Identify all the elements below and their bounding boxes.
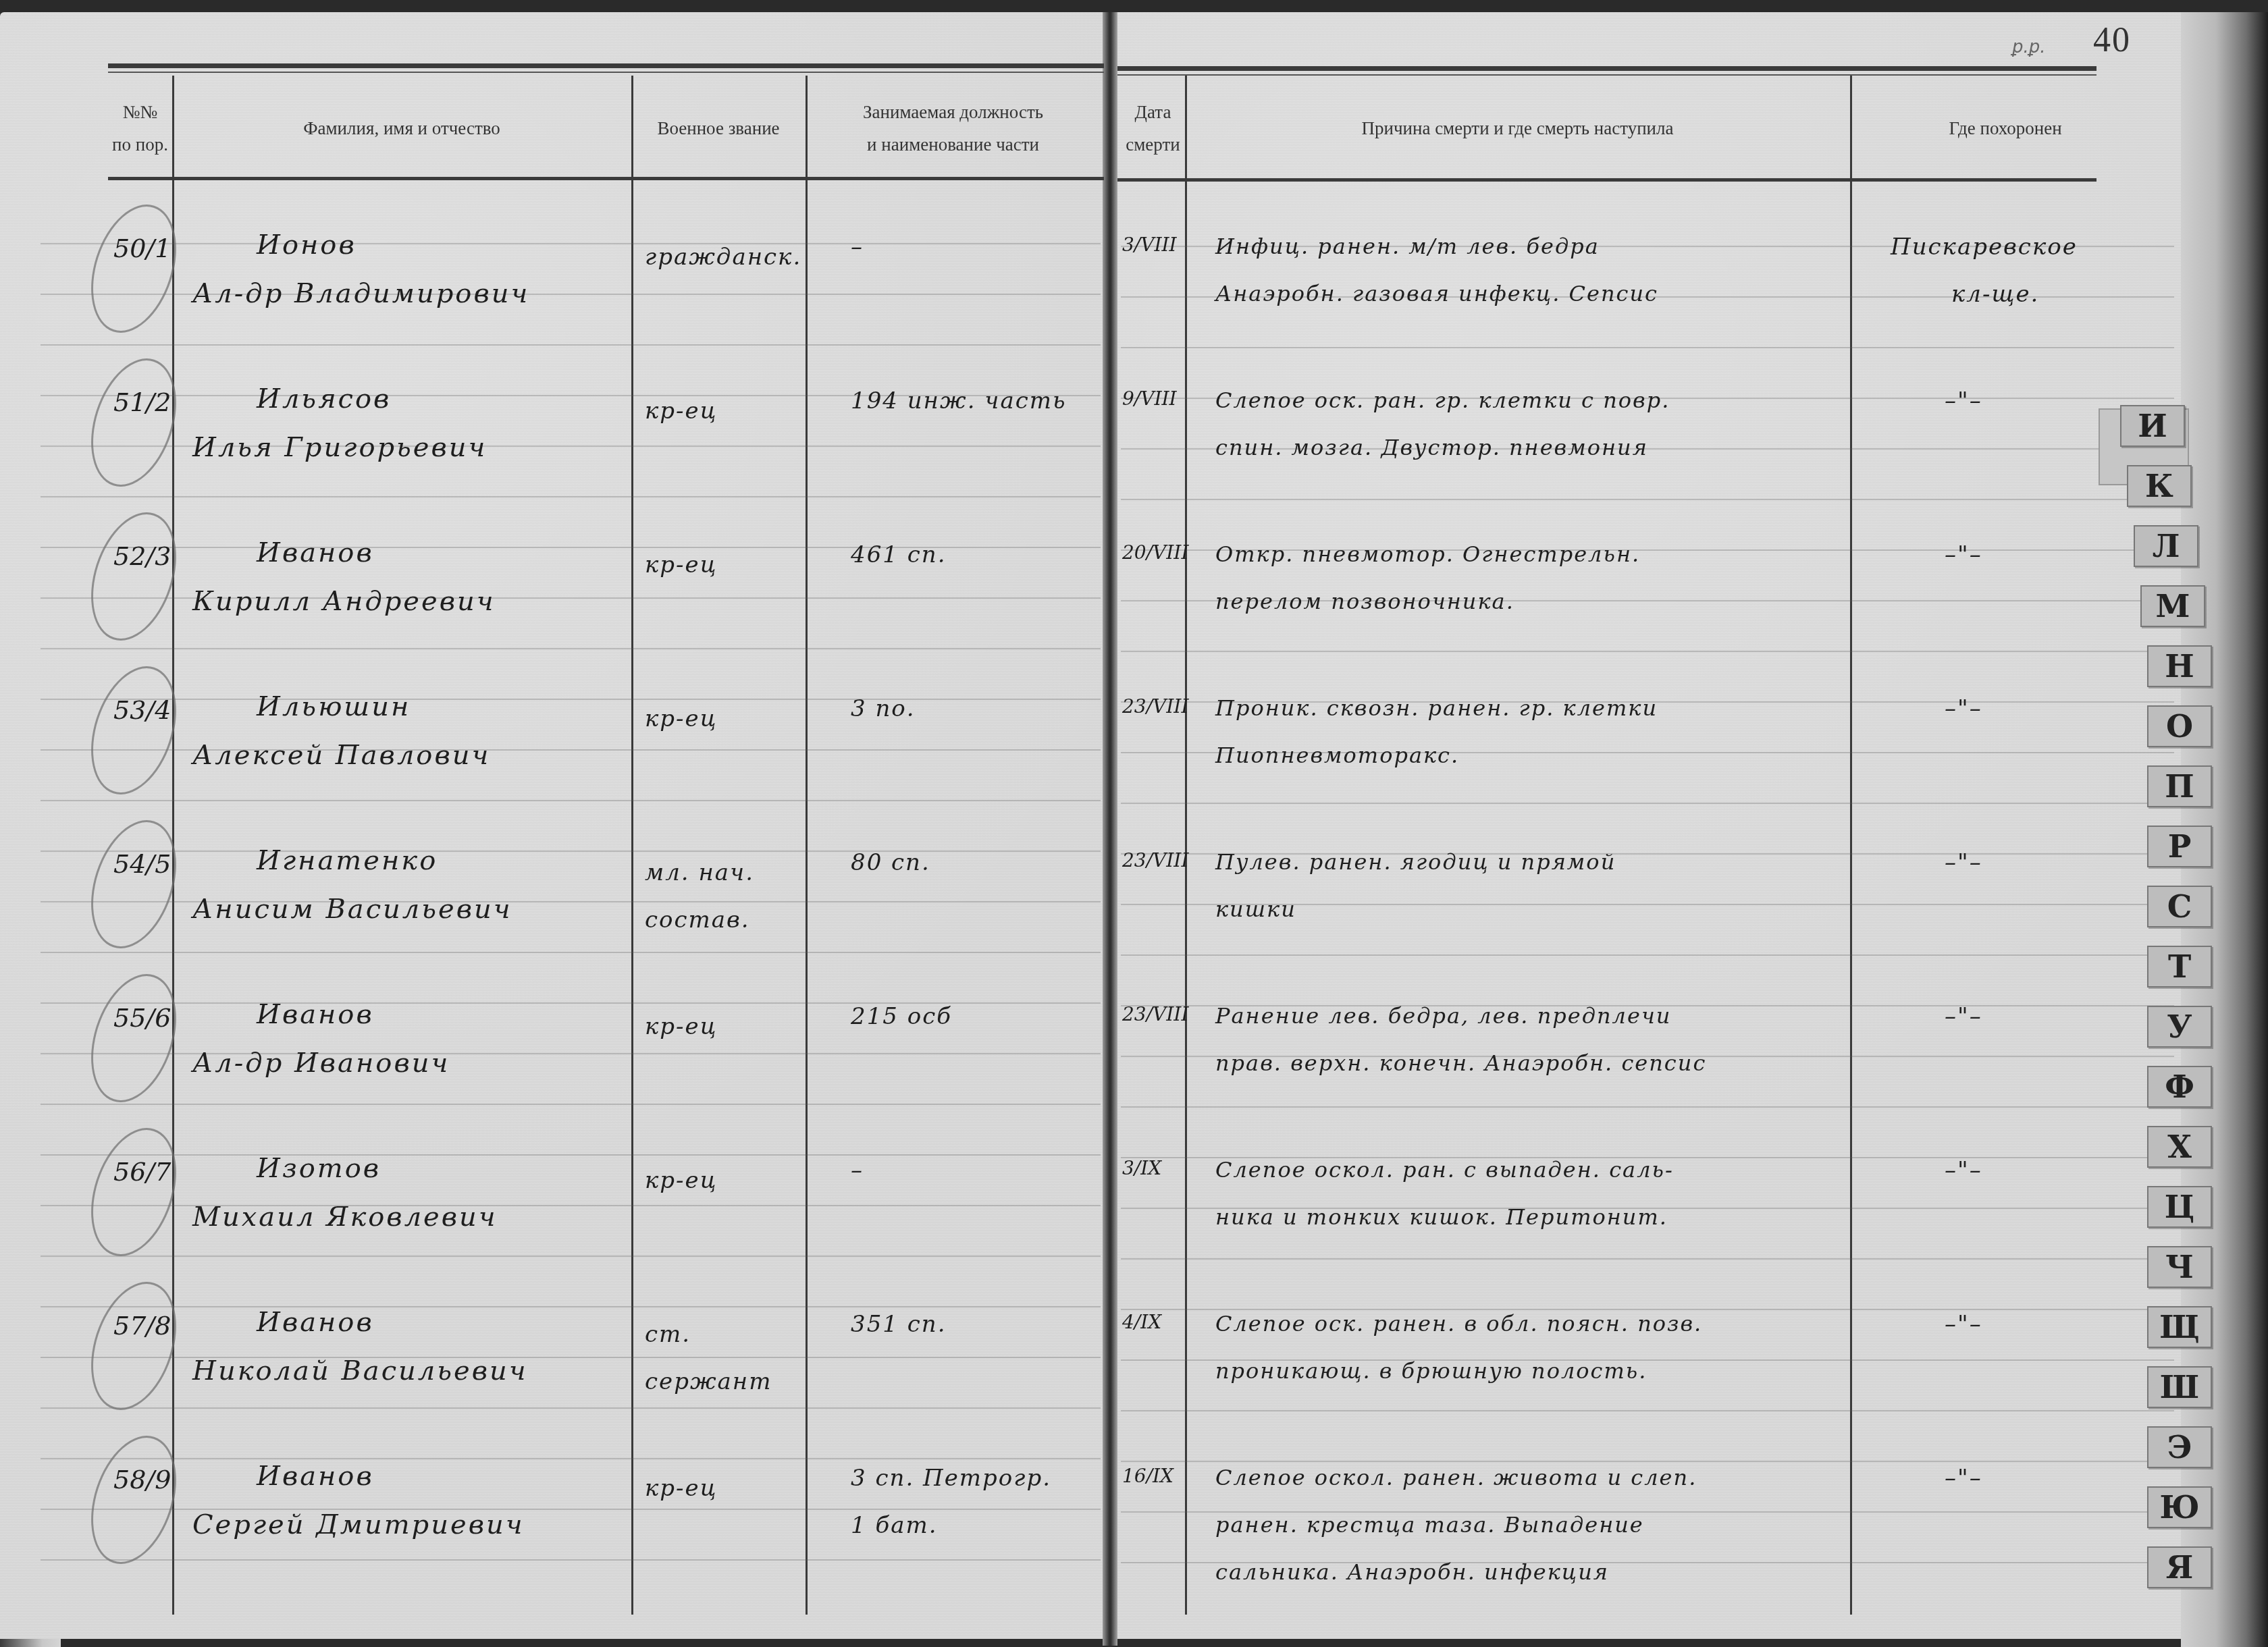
date-of-death: 20/VIII [1122, 541, 1188, 564]
surname: Иванов [257, 1307, 374, 1338]
unit: 351 сп. [851, 1311, 946, 1338]
alphabet-tab-10[interactable]: Т [2147, 946, 2212, 988]
military-rank: кр-ец [645, 1157, 800, 1204]
row-number: 50/1 [113, 234, 171, 263]
surname: Иванов [257, 537, 374, 568]
top-rule-left [108, 63, 1104, 68]
column-header-date: Датасмерти [1121, 81, 1185, 175]
cause-of-death: прав. верхн. конечн. Анаэробн. сепсис [1215, 1050, 1706, 1076]
alphabet-tab-17[interactable]: Ш [2147, 1366, 2212, 1408]
military-rank: кр-ец [645, 541, 800, 589]
burial-place: кл-ще. [1951, 281, 2039, 308]
column-header-label: Дата [1135, 96, 1171, 128]
military-rank: кр-ец [645, 695, 800, 742]
ruled-line [41, 496, 1101, 497]
alphabet-tab-3[interactable]: Л [2134, 525, 2198, 567]
burial-place: –"– [1945, 1465, 1982, 1492]
ruled-line [41, 1306, 1101, 1307]
ruled-line [41, 344, 1101, 346]
ruled-line [41, 800, 1101, 801]
date-of-death: 23/VIII [1122, 1003, 1188, 1025]
surname: Игнатенко [257, 845, 438, 876]
given-names: Кирилл Андреевич [192, 586, 496, 617]
unit: 194 инж. часть [851, 387, 1066, 414]
surname: Иванов [257, 999, 374, 1030]
column-header-label: Фамилия, имя и отчество [303, 112, 500, 144]
column-divider [631, 76, 633, 1615]
given-names: Михаил Яковлевич [192, 1201, 498, 1233]
row-number: 51/2 [113, 387, 171, 417]
top-rule-left-thin [108, 72, 1104, 73]
cause-of-death: Проник. сквозн. ранен. гр. клетки [1215, 695, 1658, 721]
date-of-death: 4/IX [1122, 1311, 1161, 1333]
given-names: Илья Григорьевич [192, 432, 487, 463]
ruled-line [41, 1458, 1101, 1459]
alphabet-tab-14[interactable]: Ц [2147, 1186, 2212, 1228]
column-divider [1850, 76, 1852, 1615]
military-rank: кр-ец [645, 387, 800, 435]
alphabet-tab-2[interactable]: К [2127, 465, 2192, 507]
alphabet-tab-15[interactable]: Ч [2147, 1246, 2212, 1288]
alphabet-tab-1[interactable]: И [2120, 405, 2185, 447]
column-header-label: Военное звание [657, 112, 779, 144]
row-number: 57/8 [113, 1311, 171, 1341]
ruled-line [1121, 651, 2174, 652]
cause-of-death: перелом позвоночника. [1215, 589, 1514, 614]
alphabet-tab-9[interactable]: С [2147, 886, 2212, 927]
burial-place: –"– [1945, 695, 1982, 722]
row-number: 55/6 [113, 1003, 171, 1033]
date-of-death: 23/VIII [1122, 695, 1188, 718]
page-number: 40 [2093, 20, 2131, 60]
ruled-line [1121, 1106, 2174, 1108]
cause-of-death: Слепое оск. ран. гр. клетки с повр. [1215, 387, 1670, 413]
cause-of-death: Пиопневмоторакс. [1215, 742, 1459, 768]
military-rank: гражданск. [645, 234, 800, 281]
cause-of-death: Инфиц. ранен. м/т лев. бедра [1215, 234, 1600, 259]
ruled-line [1121, 803, 2174, 804]
date-of-death: 3/IX [1122, 1157, 1161, 1179]
date-of-death: 3/VIII [1122, 234, 1177, 256]
column-header-name: Фамилия, имя и отчество [172, 81, 631, 175]
alphabet-tab-11[interactable]: У [2147, 1006, 2212, 1048]
date-of-death: 16/IX [1122, 1465, 1173, 1487]
unit: – [851, 1157, 864, 1184]
ruled-line [41, 243, 1101, 244]
column-header-label: Занимаемая должность [863, 96, 1043, 128]
cause-of-death: Ранение лев. бедра, лев. предплечи [1215, 1003, 1671, 1029]
unit: 3 сп. Петрогр. [851, 1465, 1051, 1492]
given-names: Ал-др Владимирович [192, 278, 529, 309]
burial-place: –"– [1945, 387, 1982, 414]
burial-place: Пискаревское [1891, 234, 2078, 261]
header-rule-left [108, 177, 1104, 180]
column-divider [1185, 76, 1187, 1615]
burial-place: –"– [1945, 1157, 1982, 1184]
ruled-line [1121, 1258, 2174, 1260]
cause-of-death: Анаэробн. газовая инфекц. Сепсис [1215, 281, 1658, 306]
unit: 80 сп. [851, 849, 930, 876]
column-header-rank: Военное звание [631, 81, 806, 175]
given-names: Анисим Васильевич [192, 894, 512, 925]
surname: Ильюшин [257, 691, 411, 722]
cause-of-death: ранен. крестца таза. Выпадение [1215, 1512, 1644, 1538]
ruled-line [41, 1154, 1101, 1156]
cause-of-death: Слепое оск. ранен. в обл. поясн. позв. [1215, 1311, 1702, 1336]
surname: Ильясов [257, 383, 391, 414]
cause-of-death: спин. мозга. Двустор. пневмония [1215, 435, 1648, 460]
cause-of-death: Слепое оскол. ранен. живота и слеп. [1215, 1465, 1697, 1490]
column-header-unit: Занимаемая должностьи наименование части [806, 81, 1101, 175]
ruled-line [41, 850, 1101, 852]
cause-of-death: кишки [1215, 896, 1296, 922]
given-names: Ал-др Иванович [192, 1048, 450, 1079]
ruled-line [1121, 1309, 2174, 1310]
military-rank: кр-ец [645, 1465, 800, 1512]
given-names: Николай Васильевич [192, 1355, 528, 1386]
cause-of-death: Откр. пневмотор. Огнестрельн. [1215, 541, 1640, 567]
unit: 3 по. [851, 695, 916, 722]
ruled-line [41, 1407, 1101, 1409]
alphabet-tab-20[interactable]: Я [2147, 1546, 2212, 1588]
column-header-label: Причина смерти и где смерть наступила [1361, 112, 1673, 144]
unit: 215 осб [851, 1003, 952, 1030]
ruled-line [41, 1104, 1101, 1105]
given-names: Алексей Павлович [192, 740, 490, 771]
alphabet-tab-5[interactable]: Н [2147, 645, 2212, 687]
surname: Иванов [257, 1461, 374, 1492]
alphabet-tab-19[interactable]: Ю [2147, 1486, 2212, 1528]
column-divider [806, 76, 808, 1615]
military-rank: мл. нач. состав. [645, 849, 800, 944]
date-of-death: 23/VIII [1122, 849, 1188, 871]
military-rank: ст. сержант [645, 1311, 800, 1405]
alphabet-tab-18[interactable]: Э [2147, 1426, 2212, 1468]
header-rule-right [1117, 178, 2096, 182]
surname: Ионов [257, 230, 357, 261]
alphabet-tab-13[interactable]: Х [2147, 1126, 2212, 1168]
column-header-label: смерти [1126, 128, 1180, 161]
unit: 461 сп. [851, 541, 946, 568]
cause-of-death: проникающ. в брюшную полость. [1215, 1358, 1647, 1384]
top-rule-right-thin [1117, 74, 2096, 76]
page-mark: ꝑ.ꝑ. [2012, 37, 2046, 57]
column-header-label: по пор. [112, 128, 168, 161]
cause-of-death: Слепое оскол. ран. с выпаден. саль- [1215, 1157, 1674, 1183]
unit: – [851, 234, 864, 261]
ruled-line [1121, 499, 2174, 500]
burial-place: –"– [1945, 1311, 1982, 1338]
ruled-line [41, 1559, 1101, 1561]
column-header-label: №№ [123, 96, 158, 128]
ruled-line [41, 699, 1101, 700]
ruled-line [41, 952, 1101, 953]
ruled-line [41, 1255, 1101, 1257]
given-names: Сергей Дмитриевич [192, 1509, 525, 1540]
ruled-line [1121, 347, 2174, 348]
top-rule-right [1117, 66, 2096, 71]
cause-of-death: ника и тонких кишок. Перитонит. [1215, 1204, 1668, 1230]
column-header-label: Где похоронен [1949, 112, 2061, 144]
book-gutter [1103, 12, 1117, 1646]
burial-place: –"– [1945, 541, 1982, 568]
row-number: 58/9 [113, 1465, 171, 1494]
alphabet-tab-4[interactable]: М [2140, 585, 2205, 627]
column-header-label: и наименование части [867, 128, 1039, 161]
burial-place: –"– [1945, 849, 1982, 876]
ruled-line [1121, 1410, 2174, 1411]
column-header-burial: Где похоронен [1850, 81, 2161, 175]
surname: Изотов [257, 1153, 381, 1184]
row-number: 54/5 [113, 849, 171, 879]
alphabet-tab-6[interactable]: О [2147, 705, 2212, 747]
date-of-death: 9/VIII [1122, 387, 1177, 410]
alphabet-tab-7[interactable]: П [2147, 765, 2212, 807]
alphabet-tab-16[interactable]: Щ [2147, 1306, 2212, 1348]
cause-of-death: сальника. Анаэробн. инфекция [1215, 1559, 1609, 1585]
ruled-line [41, 648, 1101, 649]
column-header-num: №№по пор. [108, 81, 172, 175]
ledger-spread: ꝑ.ꝑ. 40 №№по пор.Фамилия, имя и отчество… [0, 0, 2268, 1647]
ruled-line [1121, 954, 2174, 956]
unit: 1 бат. [851, 1512, 938, 1539]
column-header-cause: Причина смерти и где смерть наступила [1185, 81, 1850, 175]
ruled-line [1121, 1461, 2174, 1462]
row-number: 52/3 [113, 541, 171, 571]
alphabet-tab-12[interactable]: Ф [2147, 1066, 2212, 1108]
military-rank: кр-ец [645, 1003, 800, 1050]
burial-place: –"– [1945, 1003, 1982, 1030]
alphabet-tab-8[interactable]: Р [2147, 826, 2212, 867]
row-number: 53/4 [113, 695, 171, 725]
cause-of-death: Пулев. ранен. ягодиц и прямой [1215, 849, 1616, 875]
row-number: 56/7 [113, 1157, 171, 1187]
